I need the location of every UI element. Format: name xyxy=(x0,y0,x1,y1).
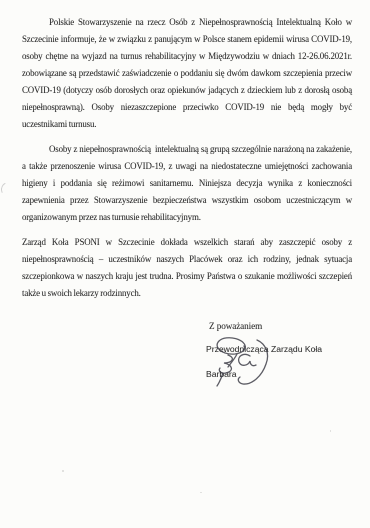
scanned-letter-page: Polskie Stowarzyszenie na rzecz Osób z N… xyxy=(0,0,370,528)
scan-speck xyxy=(200,492,202,493)
signature-block: Z poważaniem Przewodnicząca Zarządu Koła… xyxy=(206,320,352,380)
closing-phrase: Z poważaniem xyxy=(206,320,352,332)
scan-speck xyxy=(62,470,64,472)
paragraph-board-efforts: Zarząd Koła PSONI w Szczecinie dokłada w… xyxy=(22,234,352,302)
scan-artifact-arc xyxy=(0,180,18,199)
scan-speck xyxy=(330,430,331,432)
paragraph-vaccination-requirement: Polskie Stowarzyszenie na rzecz Osób z N… xyxy=(22,14,352,133)
paragraph-risk-justification: Osoby z niepełnosprawnością intelektualn… xyxy=(22,141,352,226)
signer-title: Przewodnicząca Zarządu Koła xyxy=(206,343,352,355)
signer-name: Barbara xyxy=(206,368,352,380)
